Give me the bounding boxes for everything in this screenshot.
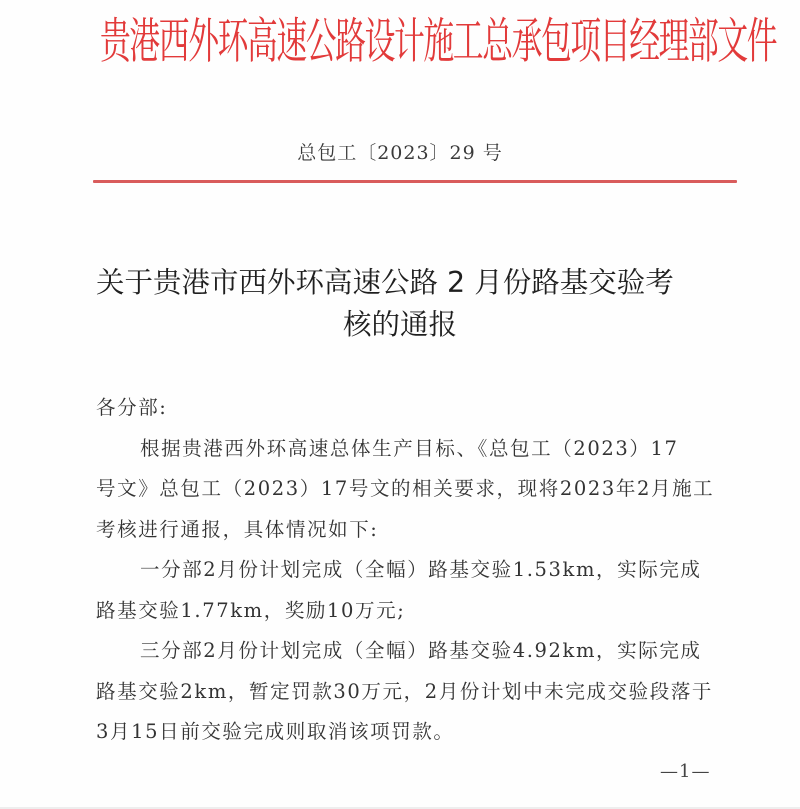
body-line: 一分部2月份计划完成（全幅）路基交验1.53km，实际完成: [96, 554, 741, 595]
document-heading: 关于贵港市西外环高速公路 2 月份路基交验考 核的通报: [60, 262, 740, 346]
body-line: 路基交验1.77km，奖励10万元;: [96, 595, 741, 636]
document-number: 总包工〔2023〕29 号: [0, 139, 800, 167]
letterhead-title: 贵港西外环高速公路设计施工总承包项目经理部文件: [100, 11, 776, 73]
body-line: 路基交验2km，暂定罚款30万元，2月份计划中未完成交验段落于: [96, 676, 741, 717]
letterhead: 贵港西外环高速公路设计施工总承包项目经理部文件: [100, 14, 745, 70]
body-line: 3月15日前交验完成则取消该项罚款。: [96, 716, 741, 757]
heading-line-1: 关于贵港市西外环高速公路 2 月份路基交验考: [96, 262, 740, 304]
body-line: 三分部2月份计划完成（全幅）路基交验4.92km，实际完成: [96, 635, 741, 676]
body-line: 号文》总包工（2023）17号文的相关要求，现将2023年2月施工: [96, 473, 741, 514]
document-page: 贵港西外环高速公路设计施工总承包项目经理部文件 总包工〔2023〕29 号 关于…: [0, 0, 800, 809]
document-number-text: 总包工〔2023〕29 号: [297, 139, 503, 167]
red-divider-rule: [93, 180, 737, 183]
heading-line-2: 核的通报: [60, 304, 740, 346]
page-number: —1—: [660, 760, 710, 784]
document-body: 各分部: 根据贵港西外环高速总体生产目标、《总包工（2023）17 号文》总包工…: [96, 392, 741, 757]
salutation: 各分部:: [96, 392, 741, 433]
body-line: 根据贵港西外环高速总体生产目标、《总包工（2023）17: [96, 433, 741, 474]
body-line: 考核进行通报，具体情况如下:: [96, 514, 741, 555]
